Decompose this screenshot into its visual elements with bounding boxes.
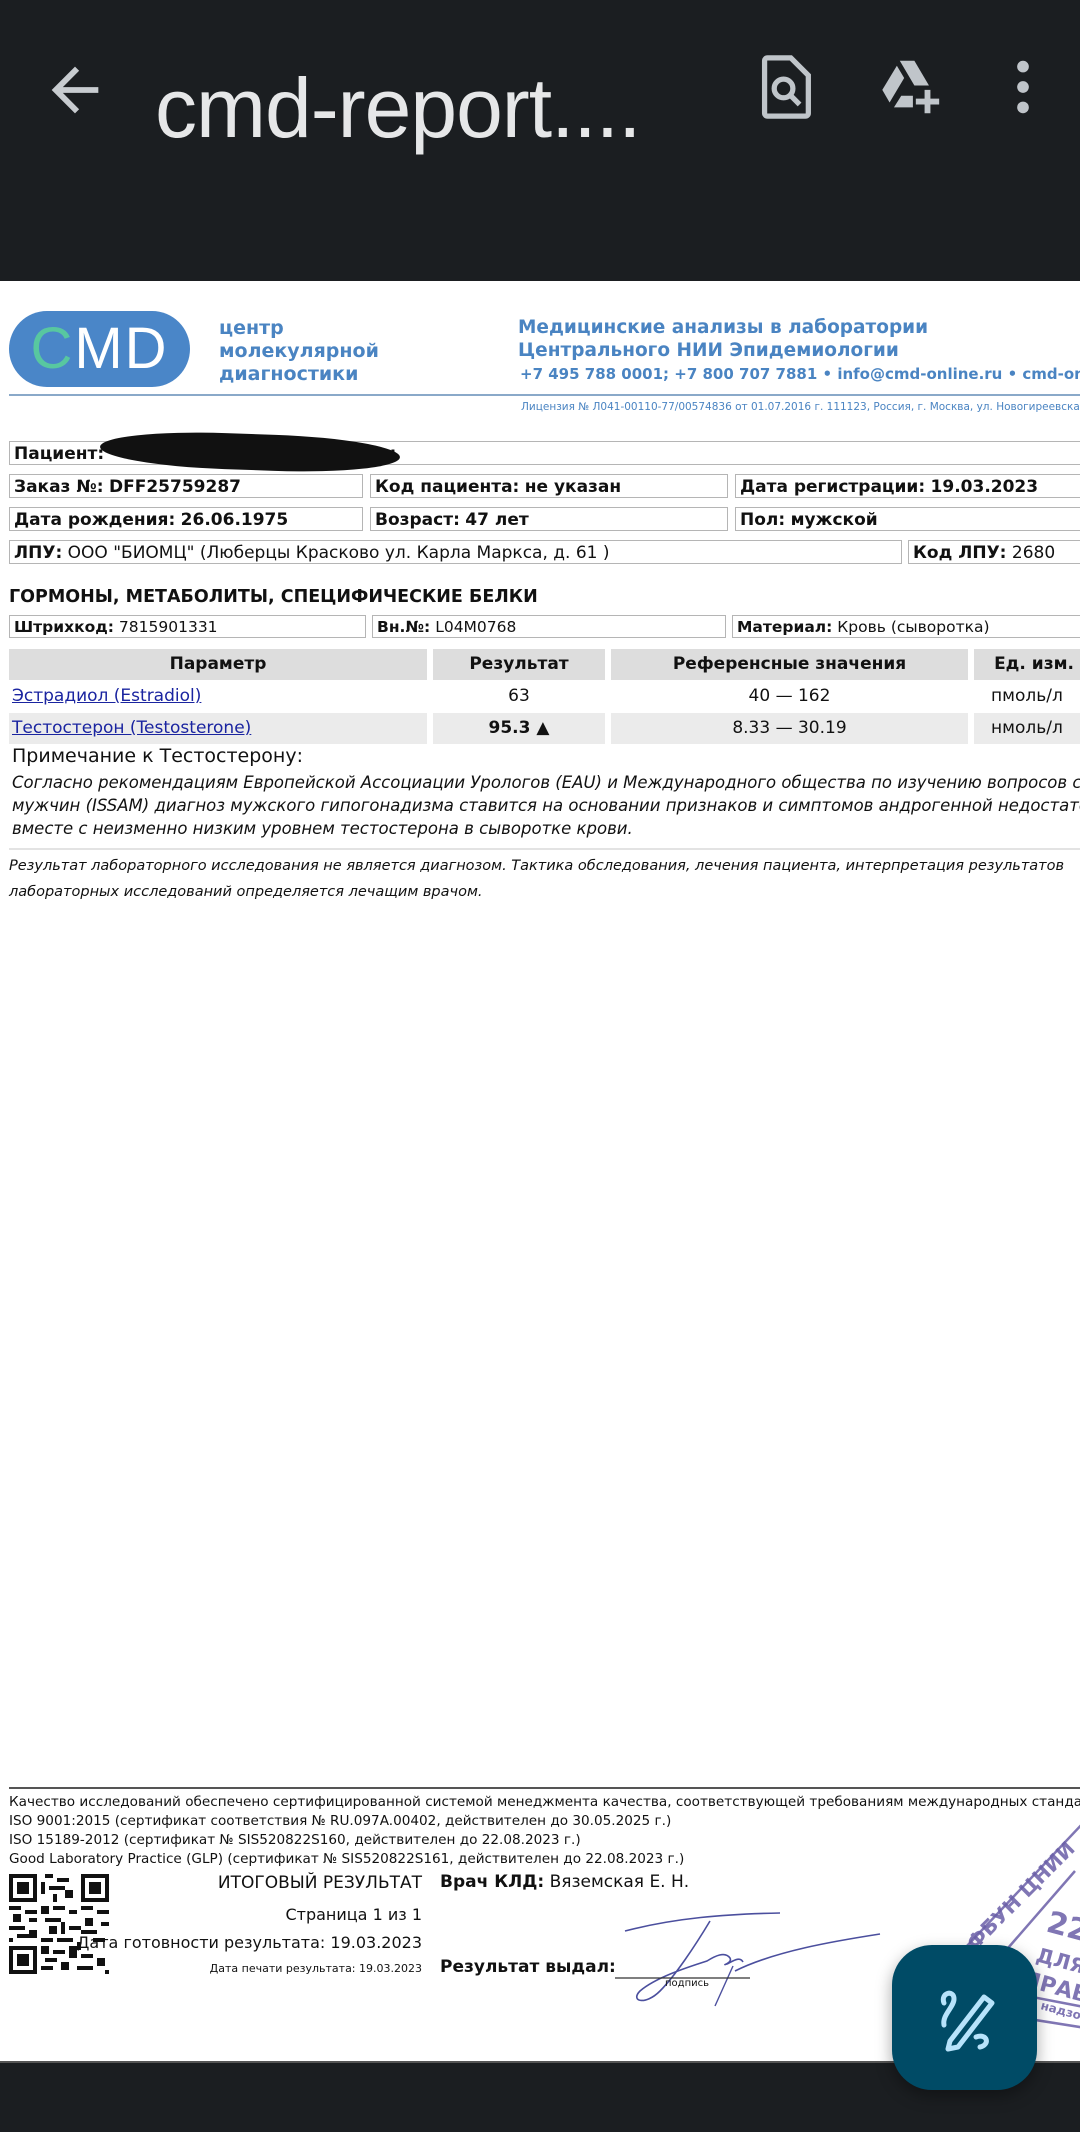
disclaimer: Результат лабораторного исследования не … xyxy=(9,853,1064,905)
org-name: центр молекулярной диагностики xyxy=(219,317,379,386)
cmd-logo: CMD xyxy=(9,311,190,387)
reference-range: 40 — 162 xyxy=(611,681,968,712)
fill-and-sign-button[interactable] xyxy=(892,1945,1037,2090)
final-result-label: ИТОГОВЫЙ РЕЗУЛЬТАТ xyxy=(218,1873,422,1893)
age-field: Возраст: 47 лет xyxy=(370,507,728,531)
redaction-mark xyxy=(99,429,400,475)
col-header-parameter: Параметр xyxy=(9,649,427,680)
back-button[interactable] xyxy=(40,55,110,125)
divider xyxy=(9,1787,1080,1789)
unit: пмоль/л xyxy=(974,681,1080,712)
section-title: ГОРМОНЫ, МЕТАБОЛИТЫ, СПЕЦИФИЧЕСКИЕ БЕЛКИ xyxy=(9,587,538,607)
sex-field: Пол: мужской xyxy=(735,507,1080,531)
find-in-page-icon xyxy=(750,52,820,122)
param-link-testosterone[interactable]: Тестостерон (Testosterone) xyxy=(9,713,427,744)
col-header-result: Результат xyxy=(433,649,605,680)
find-in-page-button[interactable] xyxy=(750,52,820,122)
draw-signature-icon xyxy=(892,1945,1037,2090)
doctor: Врач КЛД: Вяземская Е. Н. xyxy=(440,1872,689,1892)
high-flag-icon: ▲ xyxy=(536,718,549,738)
add-to-drive-icon xyxy=(875,52,945,122)
contacts: +7 495 788 0001; +7 800 707 7881 • info@… xyxy=(520,365,1080,383)
signature xyxy=(615,1906,895,2011)
note-title: Примечание к Тестостерону: xyxy=(12,745,303,767)
pdf-page[interactable]: CMD центр молекулярной диагностики Медиц… xyxy=(0,281,1080,2061)
material-field: Материал: Кровь (сыворотка) xyxy=(732,615,1080,638)
barcode-field: Штрихкод: 7815901331 xyxy=(9,615,366,638)
note-text: Согласно рекомендациям Европейской Ассоц… xyxy=(12,771,1080,840)
patient-code-field: Код пациента: не указан xyxy=(370,474,728,498)
arrow-back-icon xyxy=(40,55,110,125)
param-link-estradiol[interactable]: Эстрадиол (Estradiol) xyxy=(9,681,427,712)
col-header-reference: Референсные значения xyxy=(611,649,968,680)
svg-text:22: 22 xyxy=(1043,1905,1080,1950)
issued-by-label: Результат выдал: xyxy=(440,1957,616,1977)
document-title: cmd-report.... xyxy=(155,60,640,157)
unit: нмоль/л xyxy=(974,713,1080,744)
birth-date-field: Дата рождения: 26.06.1975 xyxy=(9,507,363,531)
more-vert-icon xyxy=(988,52,1058,122)
internal-number-field: Вн.№: L04M0768 xyxy=(372,615,726,638)
divider xyxy=(9,394,1080,396)
registration-date-field: Дата регистрации: 19.03.2023 xyxy=(735,474,1080,498)
divider xyxy=(9,848,1080,850)
order-number-field: Заказ №: DFF25759287 xyxy=(9,474,363,498)
col-header-unit: Ед. изм. xyxy=(974,649,1080,680)
reference-range: 8.33 — 30.19 xyxy=(611,713,968,744)
result-value: 63 xyxy=(433,681,605,712)
lpu-field: ЛПУ: ООО "БИОМЦ" (Люберцы Красково ул. К… xyxy=(9,540,902,564)
lpu-code-field: Код ЛПУ: 2680 xyxy=(908,540,1080,564)
app-bar: cmd-report.... xyxy=(0,0,1080,280)
page-number: Страница 1 из 1 xyxy=(285,1905,422,1924)
signature-caption: подпись xyxy=(665,1978,709,1989)
lab-name: Медицинские анализы в лаборатории Центра… xyxy=(518,316,928,362)
result-value-high: 95.3 ▲ xyxy=(433,713,605,744)
qr-code xyxy=(9,1874,109,1974)
ready-date: Дата готовности результата: 19.03.2023 xyxy=(77,1933,422,1952)
license: Лицензия № Л041-00110-77/00574836 от 01.… xyxy=(521,401,1080,413)
more-options-button[interactable] xyxy=(988,52,1058,122)
print-date: Дата печати результата: 19.03.2023 xyxy=(210,1962,422,1975)
add-to-drive-button[interactable] xyxy=(875,52,945,122)
